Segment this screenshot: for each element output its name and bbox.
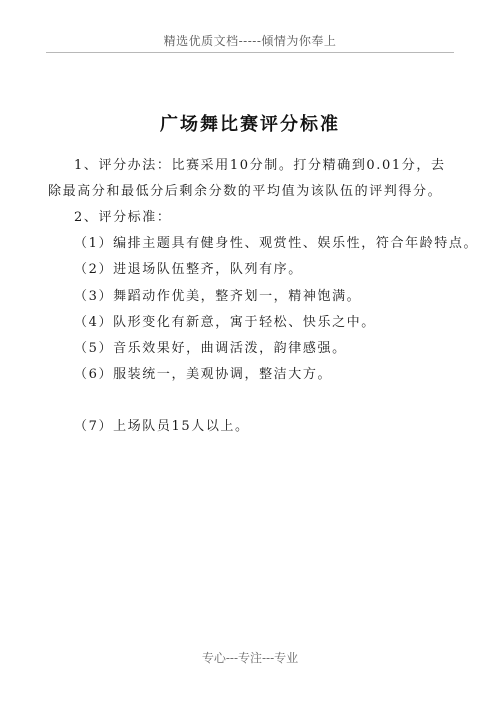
criteria-item-2: （2）进退场队伍整齐，队列有序。: [74, 257, 303, 283]
criteria-item-5: （5）音乐效果好，曲调活泼，韵律感强。: [74, 336, 347, 362]
scoring-method-paragraph: 1、评分办法：比赛采用10分制。打分精确到0.01分，去除最高分和最低分后剩余分…: [48, 153, 458, 205]
criteria-item-4: （4）队形变化有新意，寓于轻松、快乐之中。: [74, 310, 376, 336]
page-header: 精选优质文档-----倾情为你奉上: [0, 33, 500, 49]
criteria-item-6: （6）服装统一，美观协调，整洁大方。: [74, 362, 332, 388]
page-footer: 专心---专注---专业: [0, 650, 500, 666]
criteria-item-1: （1）编排主题具有健身性、观赏性、娱乐性，符合年龄特点。: [74, 231, 478, 257]
document-title: 广场舞比赛评分标准: [0, 114, 500, 136]
scoring-criteria-heading: 2、评分标准：: [74, 205, 171, 231]
header-divider: [46, 52, 454, 53]
criteria-item-7: （7）上场队员15人以上。: [74, 414, 250, 440]
criteria-item-3: （3）舞蹈动作优美，整齐划一，精神饱满。: [74, 284, 361, 310]
